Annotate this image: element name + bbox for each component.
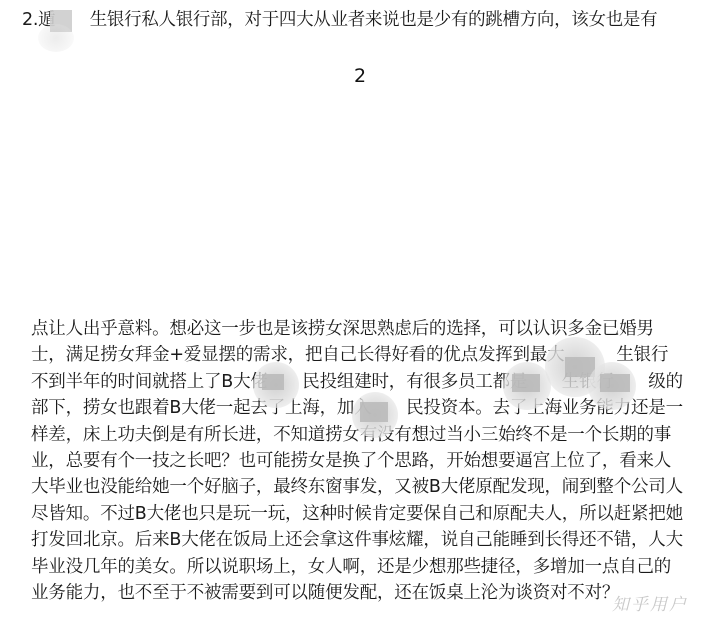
paragraph-line: 部下，捞女也跟着B大佬一起去了上海，加入 民投资本。去了上海业务能力还是一 bbox=[31, 395, 651, 421]
page-number: 2 bbox=[0, 64, 720, 88]
paragraph-line: 业，总要有个一技之长吧？也可能捞女是换了个思路，开始想要逼宫上位了，看来人 bbox=[31, 448, 651, 474]
redaction-blur bbox=[600, 374, 630, 392]
redaction-blur bbox=[512, 374, 540, 392]
redaction-blur bbox=[262, 374, 284, 390]
redaction-blur bbox=[38, 24, 74, 52]
paragraph-line: 大毕业也没能给她一个好脑子，最终东窗事发，又被B大佬原配发现，闹到整个公司人 bbox=[31, 474, 651, 500]
paragraph-line: 业务能力，也不至于不被需要到可以随便发配，还在饭桌上沦为谈资对不对？ bbox=[31, 580, 651, 606]
paragraph-line: 毕业没几年的美女。所以说职场上，女人啊，还是少想那些捷径，多增加一点自己的 bbox=[31, 554, 651, 580]
paragraph-line: 样差，床上功夫倒是有所长进，不知道捞女有没有想过当小三始终不是一个长期的事 bbox=[31, 422, 651, 448]
paragraph-line: 点让人出乎意料。想必这一步也是该捞女深思熟虑后的选择，可以认识多金已婚男 bbox=[31, 316, 651, 342]
top-text-line: 2.遁 生银行私人银行部，对于四大从业者来说也是少有的跳槽方向，该女也是有 bbox=[22, 8, 657, 32]
paragraph-line: 尽皆知。不过B大佬也只是玩一玩，这种时候肯定要保自己和原配夫人，所以赶紧把她 bbox=[31, 501, 651, 527]
paragraph-line: 打发回北京。后来B大佬在饭局上还会拿这件事炫耀，说自己能睡到长得还不错，人大 bbox=[31, 527, 651, 553]
watermark: 知乎用户 bbox=[612, 590, 688, 615]
redaction-blur bbox=[360, 402, 388, 422]
